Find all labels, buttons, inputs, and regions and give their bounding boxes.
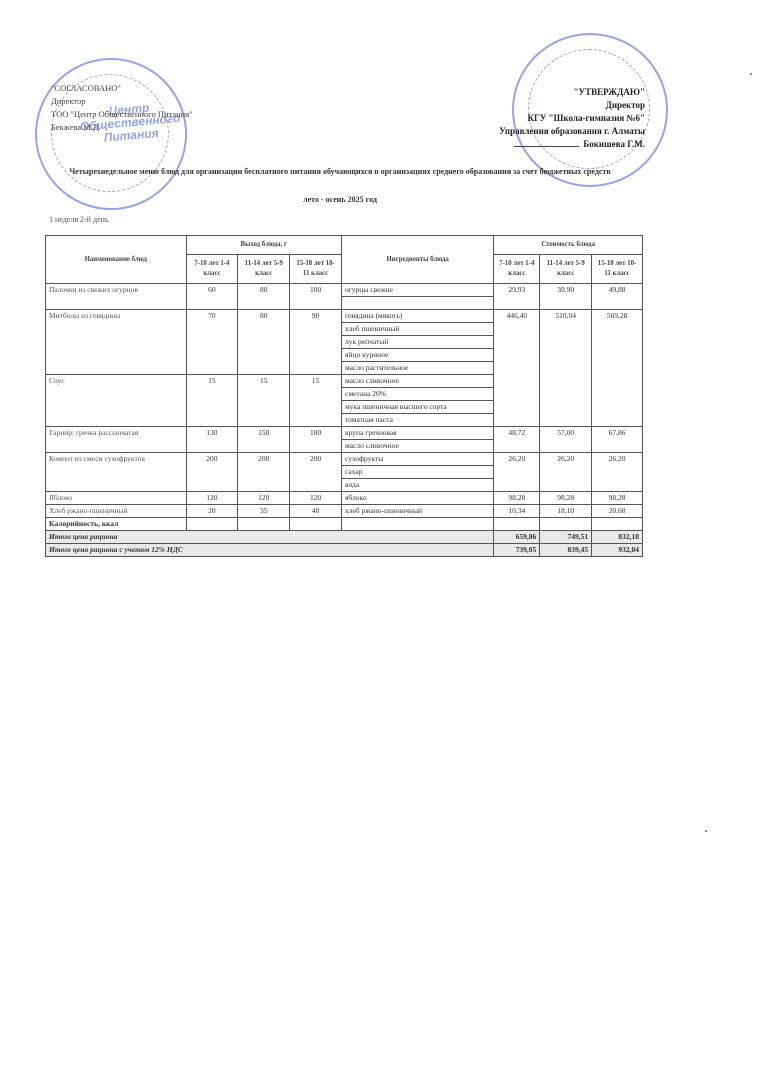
approved-department: Управления образования г. Алматы [499,125,645,138]
header-ingredients: Ингредиенты блюда [341,236,493,284]
dish-cost: 446,40 [494,310,540,427]
agreed-position: Директор [51,95,193,108]
approved-title: "УТВЕРЖДАЮ" [499,86,645,99]
ingredient: сметана 20% [341,388,493,401]
dish-yield: 60 [186,284,238,310]
empty-cell [494,518,540,531]
dish-cost: 98,28 [592,492,643,505]
header-yield-col: 11-14 лет 5-9 класс [238,255,290,284]
dish-cost: 57,00 [540,427,592,453]
empty-cell [540,518,592,531]
header-dish-name: Наименование блюд [46,236,187,284]
ingredient: мука пшеничная высшего сорта [341,401,493,414]
total-row: Итого цена рациона с учетом 12% НДС739,0… [46,544,643,557]
ingredient: вода [341,479,493,492]
menu-table-body: Палочки из свежих огурцов6080100огурцы с… [46,284,643,557]
total-value: 749,51 [540,531,592,544]
week-day-label: 1 неделя 2-й день [49,215,109,224]
total-value: 839,45 [540,544,592,557]
header-cost-group: Стоимость блюда [494,236,643,255]
dish-cost: 26,20 [540,453,592,492]
dish-cost: 48,72 [494,427,540,453]
ingredient: лук репчатый [341,336,493,349]
calories-row: Калорийность, ккал [46,518,643,531]
dish-name: Компот из смеси сухофруктов [46,453,187,492]
season-subtitle: лето - осень 2025 год [40,195,640,204]
header-cost-col: 7-10 лет 1-4 класс [494,255,540,284]
empty-cell [592,518,643,531]
approved-signature-line: Бокишева Г.М. [499,138,645,151]
dish-cost: 29,93 [494,284,540,310]
total-row: Итого цена рациона659,86749,51832,18 [46,531,643,544]
dish-cost: 39,90 [540,284,592,310]
dish-yield: 40 [290,505,342,518]
ingredient: хлеб пшеничный [341,323,493,336]
ingredient: яйцо куриное [341,349,493,362]
dish-cost: 49,88 [592,284,643,310]
signature-line [514,146,579,147]
dish-cost: 10,34 [494,505,540,518]
total-label: Итого цена рациона с учетом 12% НДС [46,544,494,557]
empty-cell [341,297,493,310]
approved-position: Директор [499,99,645,112]
dish-yield: 150 [238,427,290,453]
table-row: Палочки из свежих огурцов6080100огурцы с… [46,284,643,297]
dish-yield: 120 [238,492,290,505]
total-value: 739,05 [494,544,540,557]
dish-yield: 130 [186,427,238,453]
dish-cost: 510,04 [540,310,592,427]
dish-cost: 20,68 [592,505,643,518]
header-cost-col: 15-18 лет 10-11 класс [592,255,643,284]
empty-cell [341,518,493,531]
dish-yield: 90 [290,310,342,375]
empty-cell [186,518,238,531]
ingredient: огурцы свежие [341,284,493,297]
ingredient: сухофрукты [341,453,493,466]
empty-cell [238,518,290,531]
ingredient: говядина (мякоть) [341,310,493,323]
dish-name: Хлеб ржано-пшеничный [46,505,187,518]
dish-cost: 98,28 [540,492,592,505]
dish-cost: 569,28 [592,310,643,427]
header-cost-col: 11-14 лет 5-9 класс [540,255,592,284]
dish-name: Палочки из свежих огурцов [46,284,187,310]
dish-yield: 15 [186,375,238,427]
total-value: 932,04 [592,544,643,557]
ingredient: масло сливочное [341,375,493,388]
ingredient: томатная паста [341,414,493,427]
agreed-title: "СОГЛАСОВАНО" [51,82,193,95]
dish-yield: 120 [290,492,342,505]
dish-yield: 180 [290,427,342,453]
dish-yield: 15 [238,375,290,427]
dish-yield: 200 [238,453,290,492]
document-title: Четырехнедельное меню блюд для организац… [40,166,640,178]
dish-yield: 70 [186,310,238,375]
approved-signatory: Бокишева Г.М. [583,139,645,149]
total-value: 659,86 [494,531,540,544]
total-value: 832,18 [592,531,643,544]
ingredient: яблоко [341,492,493,505]
dish-yield: 120 [186,492,238,505]
ingredient: масло сливочное [341,440,493,453]
dish-yield: 200 [290,453,342,492]
menu-table: Наименование блюд Выход блюда, г Ингреди… [45,235,643,557]
table-row: Компот из смеси сухофруктов200200200сухо… [46,453,643,466]
dish-yield: 15 [290,375,342,427]
dish-cost: 18,10 [540,505,592,518]
dish-cost: 26,20 [592,453,643,492]
organization-stamp-left: Центр Общественного Питания [29,52,194,217]
approved-organization: КГУ "Школа-гимназия №6" [499,112,645,125]
dish-name: Гарнир: гречка рассыпчатая [46,427,187,453]
scan-speck [750,73,752,75]
total-label: Итого цена рациона [46,531,494,544]
header-yield-col: 7-10 лет 1-4 класс [186,255,238,284]
ingredient: масло растительное [341,362,493,375]
dish-cost: 98,28 [494,492,540,505]
dish-yield: 100 [290,284,342,310]
agreed-block: "СОГЛАСОВАНО" Директор ТОО "Центр Общест… [51,82,193,134]
ingredient: хлеб ржано-пшеничный [341,505,493,518]
table-row: Хлеб ржано-пшеничный203540хлеб ржано-пше… [46,505,643,518]
dish-cost: 67,86 [592,427,643,453]
calories-label: Калорийность, ккал [46,518,187,531]
table-row: Митболы из говядины708090говядина (мякот… [46,310,643,323]
ingredient: крупа гречневая [341,427,493,440]
dish-yield: 35 [238,505,290,518]
header-yield-col: 15-18 лет 10-11 класс [290,255,342,284]
agreed-organization: ТОО "Центр Общественного Питания" [51,108,193,121]
dish-yield: 80 [238,310,290,375]
table-row: Яблоко120120120яблоко98,2898,2898,28 [46,492,643,505]
dish-name: Митболы из говядины [46,310,187,375]
dish-name: Соус [46,375,187,427]
dish-yield: 80 [238,284,290,310]
header-yield-group: Выход блюда, г [186,236,341,255]
dish-yield: 20 [186,505,238,518]
dish-yield: 200 [186,453,238,492]
scan-speck [705,830,707,832]
table-row: Гарнир: гречка рассыпчатая130150180крупа… [46,427,643,440]
dish-cost: 26,20 [494,453,540,492]
empty-cell [290,518,342,531]
dish-name: Яблоко [46,492,187,505]
ingredient: сахар [341,466,493,479]
agreed-signatory: Бекжева М.Д. [51,121,193,134]
approved-block: "УТВЕРЖДАЮ" Директор КГУ "Школа-гимназия… [499,86,645,151]
